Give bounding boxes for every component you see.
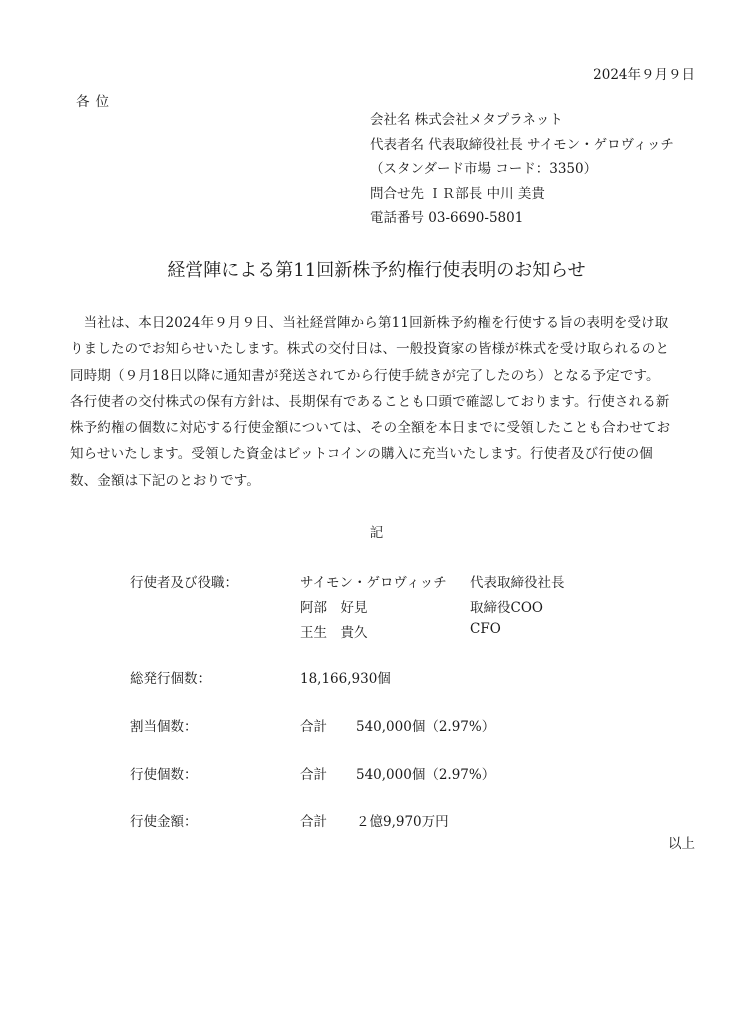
contact-name: ＩＲ部長 中川 美貴: [428, 186, 545, 202]
document-title: 経営陣による第11回新株予約権行使表明のお知らせ: [0, 256, 753, 282]
exercised-value: 540,000個（2.97%）: [356, 763, 495, 783]
document-date: 2024年９月９日: [593, 63, 695, 83]
body-line: りましたのでお知らせいたします。株式の交付日は、一般投資家の皆様が株式を受け取ら…: [70, 336, 700, 362]
representative-label: 代表者名: [370, 137, 424, 153]
exerciser-name: 阿部 好見: [300, 596, 368, 616]
total-issued-value: 18,166,930個: [300, 667, 391, 687]
amount-label: 行使金額：: [130, 810, 198, 830]
phone-number: 03-6690-5801: [428, 210, 523, 226]
phone-line: 電話番号 03-6690-5801: [370, 206, 674, 231]
contact-line: 問合せ先 ＩＲ部長 中川 美貴: [370, 182, 674, 207]
closing-mark: 以上: [668, 832, 695, 852]
market-line: （スタンダード市場 コード：3350）: [370, 157, 674, 182]
record-heading: 記: [0, 521, 753, 541]
allotted-prefix: 合計: [300, 715, 327, 735]
exercisers-label: 行使者及び役職：: [130, 571, 238, 591]
body-paragraph: 当社は、本日2024年９月９日、当社経営陣から第11回新株予約権を行使する旨の表…: [70, 310, 700, 494]
phone-label: 電話番号: [370, 210, 424, 226]
body-line: 株予約権の個数に対応する行使金額については、その全額を本日までに受領したことも合…: [70, 415, 700, 441]
body-line: 知らせいたします。受領した資金はビットコインの購入に充当いたします。行使者及び行…: [70, 441, 700, 467]
exerciser-role: 代表取締役社長: [470, 571, 565, 591]
allotted-label: 割当個数：: [130, 715, 198, 735]
representative-name: 代表取締役社長 サイモン・ゲロヴィッチ: [428, 137, 674, 153]
exercised-label: 行使個数：: [130, 763, 198, 783]
amount-prefix: 合計: [300, 810, 327, 830]
body-line: 同時期（９月18日以降に通知書が発送されてから行使手続きが完了したのち）となる予…: [70, 363, 700, 389]
addressee: 各位: [76, 90, 115, 110]
body-line: 当社は、本日2024年９月９日、当社経営陣から第11回新株予約権を行使する旨の表…: [70, 310, 700, 336]
company-line: 会社名 株式会社メタプラネット: [370, 108, 674, 133]
allotted-value: 540,000個（2.97%）: [356, 715, 495, 735]
total-issued-label: 総発行個数：: [130, 667, 211, 687]
body-line: 数、金額は下記のとおりです。: [70, 468, 700, 494]
amount-value: ２億9,970万円: [356, 810, 449, 830]
exerciser-role: 取締役COO: [470, 596, 543, 616]
representative-line: 代表者名 代表取締役社長 サイモン・ゲロヴィッチ: [370, 133, 674, 158]
exerciser-name: 王生 貴久: [300, 621, 368, 641]
exerciser-name: サイモン・ゲロヴィッチ: [300, 571, 447, 591]
exercised-prefix: 合計: [300, 763, 327, 783]
sender-block: 会社名 株式会社メタプラネット 代表者名 代表取締役社長 サイモン・ゲロヴィッチ…: [370, 108, 674, 231]
body-line: 各行使者の交付株式の保有方針は、長期保有であることも口頭で確認しております。行使…: [70, 389, 700, 415]
contact-label: 問合せ先: [370, 186, 424, 202]
exerciser-role: CFO: [470, 621, 501, 637]
company-name: 株式会社メタプラネット: [415, 112, 563, 128]
company-label: 会社名: [370, 112, 411, 128]
